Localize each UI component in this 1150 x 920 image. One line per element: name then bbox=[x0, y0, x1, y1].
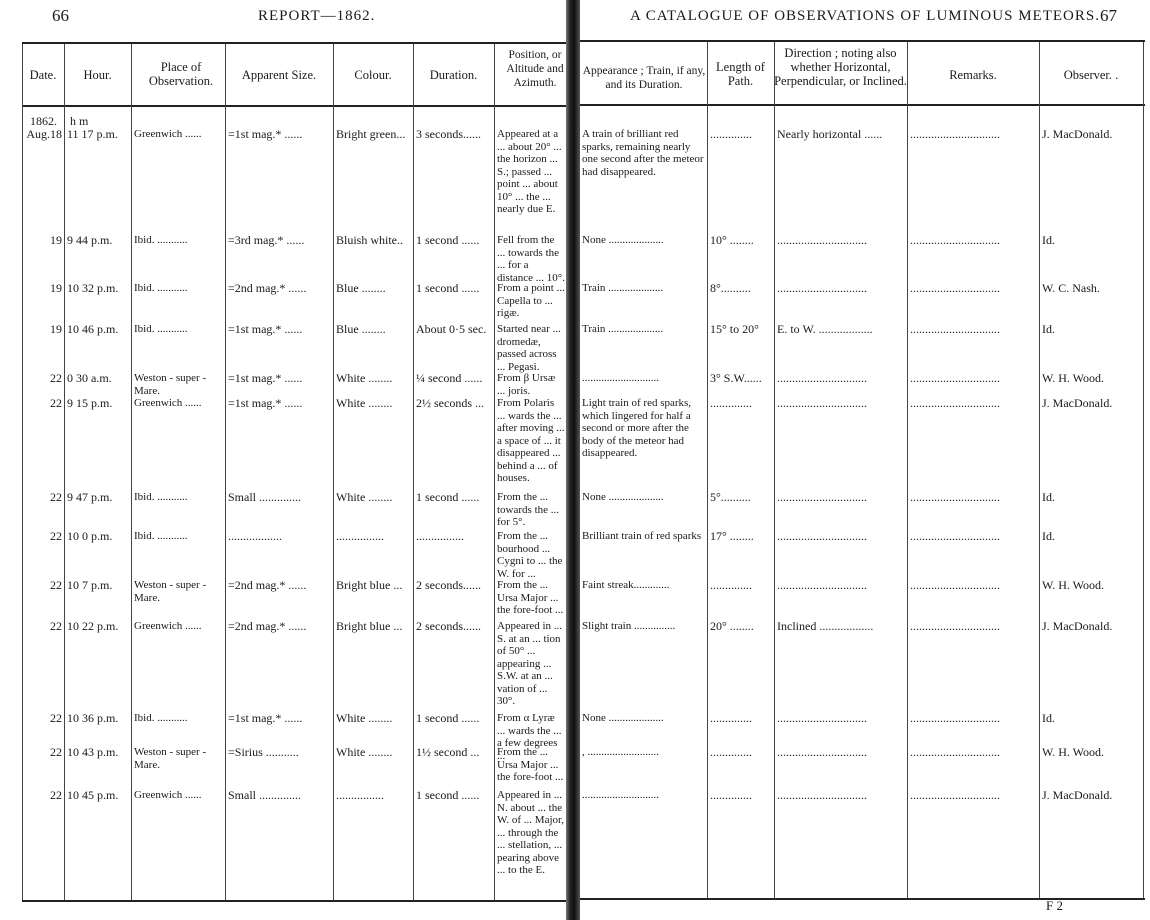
hour-units: h m bbox=[70, 115, 88, 128]
col-divider bbox=[907, 42, 908, 898]
header-place: Place of Observation. bbox=[136, 60, 226, 88]
header-observer: Observer. . bbox=[1039, 68, 1143, 82]
header-direction: Direction ; noting also whether Horizont… bbox=[774, 46, 907, 88]
right-row-appearance: None .................... bbox=[582, 234, 706, 247]
right-row-length: 8°.......... bbox=[710, 282, 773, 295]
right-row-length: .............. bbox=[710, 712, 773, 725]
right-row-remarks: .............................. bbox=[910, 712, 1038, 725]
left-row-date: 22 bbox=[26, 372, 62, 385]
left-row-size: =1st mag.* ...... bbox=[228, 128, 332, 141]
right-row-appearance: , .......................... bbox=[582, 746, 706, 759]
left-row-place: Ibid. ........... bbox=[134, 712, 224, 725]
left-row-duration: 1 second ...... bbox=[416, 282, 493, 295]
right-row-direction: .............................. bbox=[777, 234, 906, 247]
right-row-remarks: .............................. bbox=[910, 491, 1038, 504]
left-row-place: Weston - super - Mare. bbox=[134, 372, 224, 397]
left-row-colour: Bluish white.. bbox=[336, 234, 412, 247]
header-colour: Colour. bbox=[333, 68, 413, 82]
left-row-size: =2nd mag.* ...... bbox=[228, 282, 332, 295]
left-row-place: Weston - super - Mare. bbox=[134, 579, 224, 604]
right-row-direction: .............................. bbox=[777, 491, 906, 504]
left-row-place: Greenwich ...... bbox=[134, 128, 224, 141]
right-row-observer: Id. bbox=[1042, 234, 1142, 247]
left-row-position: Appeared in ... N. about ... the W. of .… bbox=[497, 789, 565, 877]
right-page-number: 67 bbox=[1100, 6, 1117, 26]
left-row-date: 22 bbox=[26, 789, 62, 802]
left-row-colour: Blue ........ bbox=[336, 323, 412, 336]
left-row-place: Weston - super - Mare. bbox=[134, 746, 224, 771]
right-row-length: 3° S.W...... bbox=[710, 372, 773, 385]
left-row-hour: 10 45 p.m. bbox=[67, 789, 129, 802]
left-row-date: 22 bbox=[26, 746, 62, 759]
right-row-remarks: .............................. bbox=[910, 282, 1038, 295]
left-row-position: From the ... bourhood ... Cygni to ... t… bbox=[497, 530, 565, 580]
header-duration: Duration. bbox=[413, 68, 494, 82]
col-divider bbox=[333, 44, 334, 900]
header-length: Length of Path. bbox=[707, 60, 774, 88]
right-row-direction: .............................. bbox=[777, 579, 906, 592]
right-row-direction: E. to W. .................. bbox=[777, 323, 906, 336]
left-row-colour: ................ bbox=[336, 789, 412, 802]
right-row-direction: Nearly horizontal ...... bbox=[777, 128, 906, 141]
left-row-hour: 0 30 a.m. bbox=[67, 372, 129, 385]
right-row-appearance: None .................... bbox=[582, 712, 706, 725]
header-appearance: Appearance ; Train, if any, and its Dura… bbox=[582, 64, 706, 92]
col-divider bbox=[225, 44, 226, 900]
left-row-position: From β Ursæ ... joris. bbox=[497, 372, 565, 397]
left-row-duration: 2 seconds...... bbox=[416, 620, 493, 633]
left-row-place: Ibid. ........... bbox=[134, 323, 224, 336]
right-row-direction: .............................. bbox=[777, 397, 906, 410]
left-row-size: =1st mag.* ...... bbox=[228, 712, 332, 725]
left-row-place: Ibid. ........... bbox=[134, 530, 224, 543]
right-row-remarks: .............................. bbox=[910, 789, 1038, 802]
right-row-remarks: .............................. bbox=[910, 579, 1038, 592]
left-row-hour: 9 15 p.m. bbox=[67, 397, 129, 410]
right-header-rule bbox=[580, 104, 1145, 106]
left-row-date: 19 bbox=[26, 234, 62, 247]
col-divider bbox=[774, 42, 775, 898]
left-row-colour: White ........ bbox=[336, 491, 412, 504]
left-row-duration: 3 seconds...... bbox=[416, 128, 493, 141]
right-row-observer: Id. bbox=[1042, 530, 1142, 543]
left-row-hour: 10 46 p.m. bbox=[67, 323, 129, 336]
left-row-date: 22 bbox=[26, 579, 62, 592]
right-row-length: 15° to 20° bbox=[710, 323, 773, 336]
left-row-place: Ibid. ........... bbox=[134, 491, 224, 504]
right-row-observer: W. C. Nash. bbox=[1042, 282, 1142, 295]
left-row-duration: ¼ second ...... bbox=[416, 372, 493, 385]
left-row-colour: Bright blue ... bbox=[336, 579, 412, 592]
right-row-appearance: Light train of red sparks, which lingere… bbox=[582, 397, 706, 460]
left-row-colour: Blue ........ bbox=[336, 282, 412, 295]
left-row-duration: 1 second ...... bbox=[416, 234, 493, 247]
left-row-position: From the ... Ursa Major ... the fore-foo… bbox=[497, 579, 565, 617]
left-row-size: =1st mag.* ...... bbox=[228, 323, 332, 336]
left-row-size: .................. bbox=[228, 530, 332, 543]
right-row-appearance: Slight train ............... bbox=[582, 620, 706, 633]
left-row-date: 22 bbox=[26, 397, 62, 410]
right-row-appearance: Train .................... bbox=[582, 282, 706, 295]
left-bottom-rule bbox=[22, 900, 567, 902]
left-row-hour: 10 7 p.m. bbox=[67, 579, 129, 592]
left-row-colour: White ........ bbox=[336, 746, 412, 759]
col-divider bbox=[64, 44, 65, 900]
col-divider bbox=[22, 44, 23, 900]
left-row-date: 22 bbox=[26, 530, 62, 543]
left-row-position: From a point ... Capella to ... rigæ. bbox=[497, 282, 565, 320]
left-row-colour: ................ bbox=[336, 530, 412, 543]
right-running-head: A CATALOGUE OF OBSERVATIONS OF LUMINOUS … bbox=[630, 8, 1100, 25]
right-row-length: .............. bbox=[710, 579, 773, 592]
left-row-duration: ................ bbox=[416, 530, 493, 543]
left-row-duration: 1 second ...... bbox=[416, 789, 493, 802]
right-row-observer: W. H. Wood. bbox=[1042, 372, 1142, 385]
left-row-place: Greenwich ...... bbox=[134, 397, 224, 410]
left-row-place: Ibid. ........... bbox=[134, 234, 224, 247]
right-row-observer: W. H. Wood. bbox=[1042, 579, 1142, 592]
left-row-place: Greenwich ...... bbox=[134, 789, 224, 802]
right-row-remarks: .............................. bbox=[910, 234, 1038, 247]
signature-mark: F 2 bbox=[1046, 898, 1063, 914]
left-row-position: From Polaris ... wards the ... after mov… bbox=[497, 397, 565, 485]
right-row-observer: Id. bbox=[1042, 712, 1142, 725]
right-row-observer: J. MacDonald. bbox=[1042, 789, 1142, 802]
right-row-observer: Id. bbox=[1042, 491, 1142, 504]
left-row-hour: 9 44 p.m. bbox=[67, 234, 129, 247]
left-row-colour: Bright green... bbox=[336, 128, 412, 141]
left-header-rule bbox=[22, 105, 567, 107]
right-row-direction: .............................. bbox=[777, 372, 906, 385]
left-row-position: Appeared in ... S. at an ... tion of 50°… bbox=[497, 620, 565, 708]
right-row-length: .............. bbox=[710, 128, 773, 141]
left-row-date: 19 bbox=[26, 282, 62, 295]
left-row-size: =1st mag.* ...... bbox=[228, 397, 332, 410]
right-row-direction: .............................. bbox=[777, 530, 906, 543]
left-row-duration: 1 second ...... bbox=[416, 712, 493, 725]
left-row-date: 22 bbox=[26, 491, 62, 504]
right-row-direction: Inclined .................. bbox=[777, 620, 906, 633]
left-row-colour: White ........ bbox=[336, 397, 412, 410]
left-row-hour: 10 32 p.m. bbox=[67, 282, 129, 295]
right-row-length: 17° ........ bbox=[710, 530, 773, 543]
left-top-rule bbox=[22, 42, 567, 44]
left-page-number: 66 bbox=[52, 6, 69, 26]
col-divider bbox=[413, 44, 414, 900]
left-row-size: Small .............. bbox=[228, 491, 332, 504]
right-row-length: 5°.......... bbox=[710, 491, 773, 504]
left-row-date: 22 bbox=[26, 712, 62, 725]
header-position: Position, or Altitude and Azimuth. bbox=[500, 48, 570, 90]
left-row-duration: 2 seconds...... bbox=[416, 579, 493, 592]
left-row-size: =1st mag.* ...... bbox=[228, 372, 332, 385]
right-row-appearance: ............................ bbox=[582, 372, 706, 385]
right-row-remarks: .............................. bbox=[910, 530, 1038, 543]
right-row-remarks: .............................. bbox=[910, 372, 1038, 385]
left-row-colour: Bright blue ... bbox=[336, 620, 412, 633]
col-divider bbox=[1143, 42, 1144, 898]
header-date: Date. bbox=[22, 68, 64, 82]
right-row-remarks: .............................. bbox=[910, 746, 1038, 759]
right-top-rule bbox=[580, 40, 1145, 42]
left-row-position: Started near ... dromedæ, passed across … bbox=[497, 323, 565, 373]
right-row-appearance: Faint streak............. bbox=[582, 579, 706, 592]
right-row-appearance: Train .................... bbox=[582, 323, 706, 336]
left-row-date: 22 bbox=[26, 620, 62, 633]
left-row-duration: About 0·5 sec. bbox=[416, 323, 493, 336]
right-row-length: 20° ........ bbox=[710, 620, 773, 633]
header-size: Apparent Size. bbox=[225, 68, 333, 82]
left-row-date: Aug.18 bbox=[26, 128, 62, 141]
left-row-size: =2nd mag.* ...... bbox=[228, 620, 332, 633]
right-row-direction: .............................. bbox=[777, 712, 906, 725]
right-row-appearance: A train of brilliant red sparks, remaini… bbox=[582, 128, 706, 178]
left-row-date: 19 bbox=[26, 323, 62, 336]
left-row-duration: 2½ seconds ... bbox=[416, 397, 493, 410]
left-row-hour: 10 36 p.m. bbox=[67, 712, 129, 725]
left-row-hour: 10 0 p.m. bbox=[67, 530, 129, 543]
left-row-size: =2nd mag.* ...... bbox=[228, 579, 332, 592]
left-row-hour: 11 17 p.m. bbox=[67, 128, 129, 141]
col-divider bbox=[131, 44, 132, 900]
left-row-position: From the ... Ursa Major ... the fore-foo… bbox=[497, 746, 565, 784]
right-row-length: .............. bbox=[710, 789, 773, 802]
right-row-observer: Id. bbox=[1042, 323, 1142, 336]
header-remarks: Remarks. bbox=[907, 68, 1039, 82]
left-row-size: =3rd mag.* ...... bbox=[228, 234, 332, 247]
left-row-place: Ibid. ........... bbox=[134, 282, 224, 295]
right-row-direction: .............................. bbox=[777, 746, 906, 759]
right-row-observer: W. H. Wood. bbox=[1042, 746, 1142, 759]
header-hour: Hour. bbox=[64, 68, 131, 82]
right-row-observer: J. MacDonald. bbox=[1042, 620, 1142, 633]
left-row-position: From the ... towards the ... for 5°. bbox=[497, 491, 565, 529]
right-row-appearance: ............................ bbox=[582, 789, 706, 802]
right-row-observer: J. MacDonald. bbox=[1042, 397, 1142, 410]
right-row-direction: .............................. bbox=[777, 282, 906, 295]
left-row-hour: 10 22 p.m. bbox=[67, 620, 129, 633]
left-row-duration: 1½ second ... bbox=[416, 746, 493, 759]
right-row-length: .............. bbox=[710, 397, 773, 410]
right-row-observer: J. MacDonald. bbox=[1042, 128, 1142, 141]
right-row-length: .............. bbox=[710, 746, 773, 759]
col-divider bbox=[707, 42, 708, 898]
left-row-size: Small .............. bbox=[228, 789, 332, 802]
col-divider bbox=[494, 44, 495, 900]
right-row-appearance: None .................... bbox=[582, 491, 706, 504]
left-row-hour: 10 43 p.m. bbox=[67, 746, 129, 759]
left-row-colour: White ........ bbox=[336, 372, 412, 385]
right-row-remarks: .............................. bbox=[910, 128, 1038, 141]
left-row-size: =Sirius ........... bbox=[228, 746, 332, 759]
left-row-duration: 1 second ...... bbox=[416, 491, 493, 504]
right-row-direction: .............................. bbox=[777, 789, 906, 802]
left-row-place: Greenwich ...... bbox=[134, 620, 224, 633]
right-row-remarks: .............................. bbox=[910, 323, 1038, 336]
left-row-position: Appeared at a ... about 20° ... the hori… bbox=[497, 128, 565, 216]
col-divider bbox=[1039, 42, 1040, 898]
left-row-colour: White ........ bbox=[336, 712, 412, 725]
year-label: 1862. bbox=[30, 115, 57, 128]
left-row-position: Fell from the ... towards the ... for a … bbox=[497, 234, 565, 284]
book-spine bbox=[566, 0, 580, 920]
left-running-head: REPORT—1862. bbox=[258, 8, 375, 25]
right-row-appearance: Brilliant train of red sparks bbox=[582, 530, 706, 543]
right-row-remarks: .............................. bbox=[910, 397, 1038, 410]
right-row-length: 10° ........ bbox=[710, 234, 773, 247]
left-row-hour: 9 47 p.m. bbox=[67, 491, 129, 504]
right-row-remarks: .............................. bbox=[910, 620, 1038, 633]
